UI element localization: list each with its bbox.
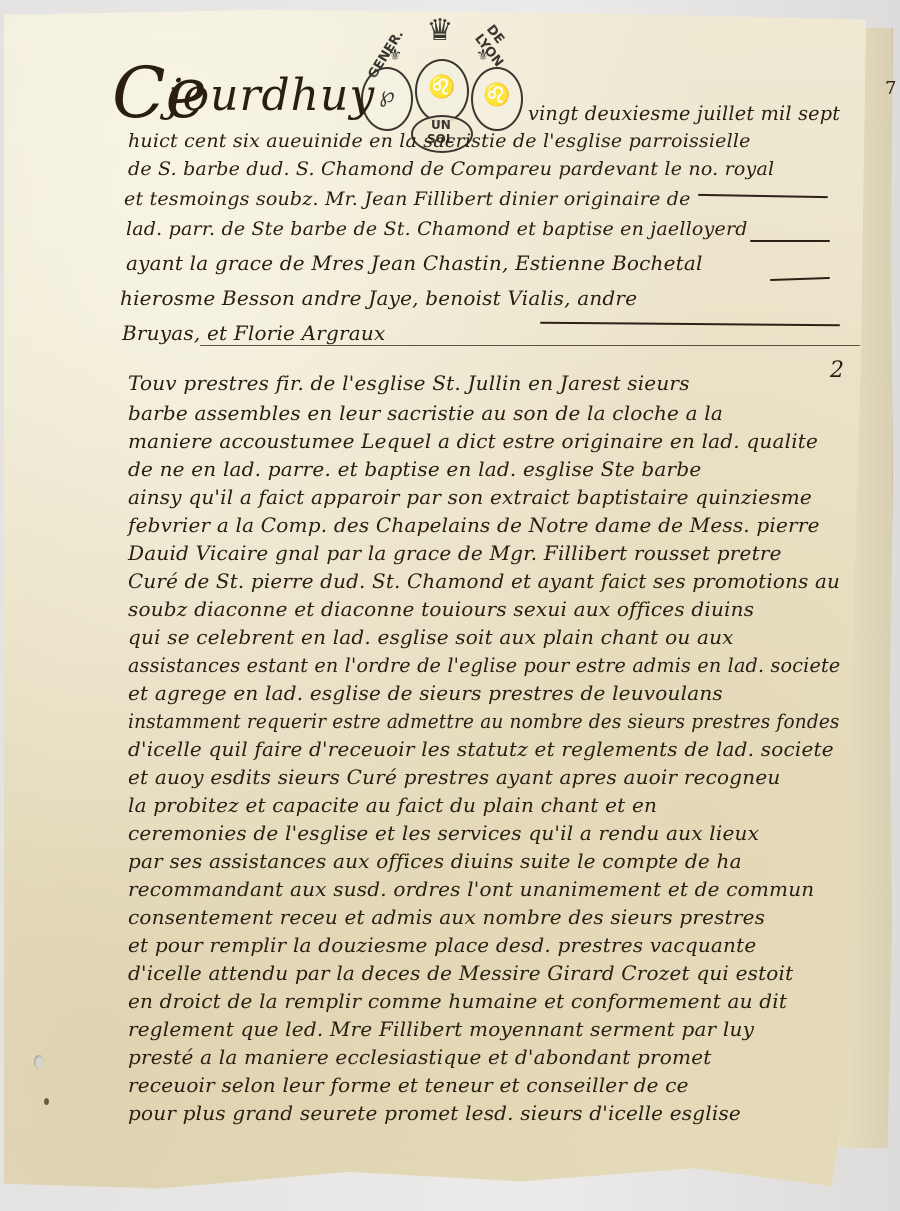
heading-line: huict cent six aueuinide en la sacristie… bbox=[128, 128, 751, 154]
fleur-de-lis-icon: ⚜ bbox=[385, 45, 405, 64]
ink-spot bbox=[44, 1098, 49, 1105]
section-separator-rule bbox=[200, 345, 860, 346]
heading-line: vingt deuxiesme juillet mil sept bbox=[528, 100, 840, 126]
body-line: Curé de St. pierre dud. St. Chamond et a… bbox=[128, 568, 840, 594]
body-line: d'icelle quil faire d'receuoir les statu… bbox=[128, 736, 834, 762]
stamp-emblem-right: ♌ bbox=[471, 67, 523, 131]
fill-rule bbox=[750, 240, 830, 242]
paper-hole bbox=[34, 1055, 44, 1069]
body-line: ainsy qu'il a faict apparoir par son ext… bbox=[128, 484, 812, 510]
heading-line: lad. parr. de Ste barbe de St. Chamond e… bbox=[126, 216, 748, 242]
heading-line: ayant la grace de Mres Jean Chastin, Est… bbox=[126, 250, 703, 276]
fleur-de-lis-icon: ⚜ bbox=[473, 45, 493, 64]
body-line: la probitez et capacite au faict du plai… bbox=[128, 792, 657, 818]
body-line: presté a la maniere ecclesiastique et d'… bbox=[128, 1044, 711, 1070]
body-line: febvrier a la Comp. des Chapelains de No… bbox=[128, 512, 820, 538]
body-line: et pour remplir la douziesme place desd.… bbox=[128, 932, 756, 958]
heading-line: et tesmoings soubz. Mr. Jean Fillibert d… bbox=[124, 186, 691, 212]
body-line: et agrege en lad. esglise de sieurs pres… bbox=[128, 680, 723, 706]
body-line: de ne en lad. parre. et baptise en lad. … bbox=[128, 456, 701, 482]
body-line: assistances estant en l'ordre de l'eglis… bbox=[128, 652, 840, 678]
heading-line: Bruyas, et Florie Argraux bbox=[122, 320, 386, 346]
body-line: et auoy esdits sieurs Curé prestres ayan… bbox=[128, 764, 780, 790]
body-line: par ses assistances aux offices diuins s… bbox=[128, 848, 742, 874]
tax-stamp: GENER. DE LYON ♛ ⚜ ⚜ ℘ ♌ ♌ UN SOL bbox=[355, 5, 525, 145]
heading-line: de S. barbe dud. S. Chamond de Compareu … bbox=[128, 156, 774, 182]
crown-icon: ♛ bbox=[415, 13, 465, 48]
body-line: qui se celebrent en lad. esglise soit au… bbox=[128, 624, 734, 650]
body-line: en droict de la remplir comme humaine et… bbox=[128, 988, 787, 1014]
edge-mark: 7 bbox=[885, 78, 896, 99]
body-line: consentement receu et admis aux nombre d… bbox=[128, 904, 765, 930]
body-line: instamment requerir estre admettre au no… bbox=[128, 708, 840, 734]
body-line: d'icelle attendu par la deces de Messire… bbox=[128, 960, 793, 986]
heading-first-word: jourdhuy bbox=[168, 70, 375, 121]
lion-icon: ♌ bbox=[417, 75, 467, 100]
page-number: 2 bbox=[830, 358, 844, 383]
body-line: Touv prestres fir. de l'esglise St. Jull… bbox=[128, 370, 690, 396]
lion-icon: ♌ bbox=[473, 83, 521, 108]
heading-line: hierosme Besson andre Jaye, benoist Vial… bbox=[120, 285, 637, 311]
body-line: ceremonies de l'esglise et les services … bbox=[128, 820, 759, 846]
body-line: reglement que led. Mre Fillibert moyenna… bbox=[128, 1016, 754, 1042]
body-line: recommandant aux susd. ordres l'ont unan… bbox=[128, 876, 814, 902]
body-line: receuoir selon leur forme et teneur et c… bbox=[128, 1072, 689, 1098]
body-line: maniere accoustumee Lequel a dict estre … bbox=[128, 428, 818, 454]
stamp-emblem-center: ♌ bbox=[415, 59, 469, 123]
body-line: pour plus grand seurete promet lesd. sie… bbox=[128, 1100, 741, 1126]
body-line: soubz diaconne et diaconne touiours sexu… bbox=[128, 596, 754, 622]
body-line: barbe assembles en leur sacristie au son… bbox=[128, 400, 723, 426]
body-line: Dauid Vicaire gnal par la grace de Mgr. … bbox=[128, 540, 782, 566]
